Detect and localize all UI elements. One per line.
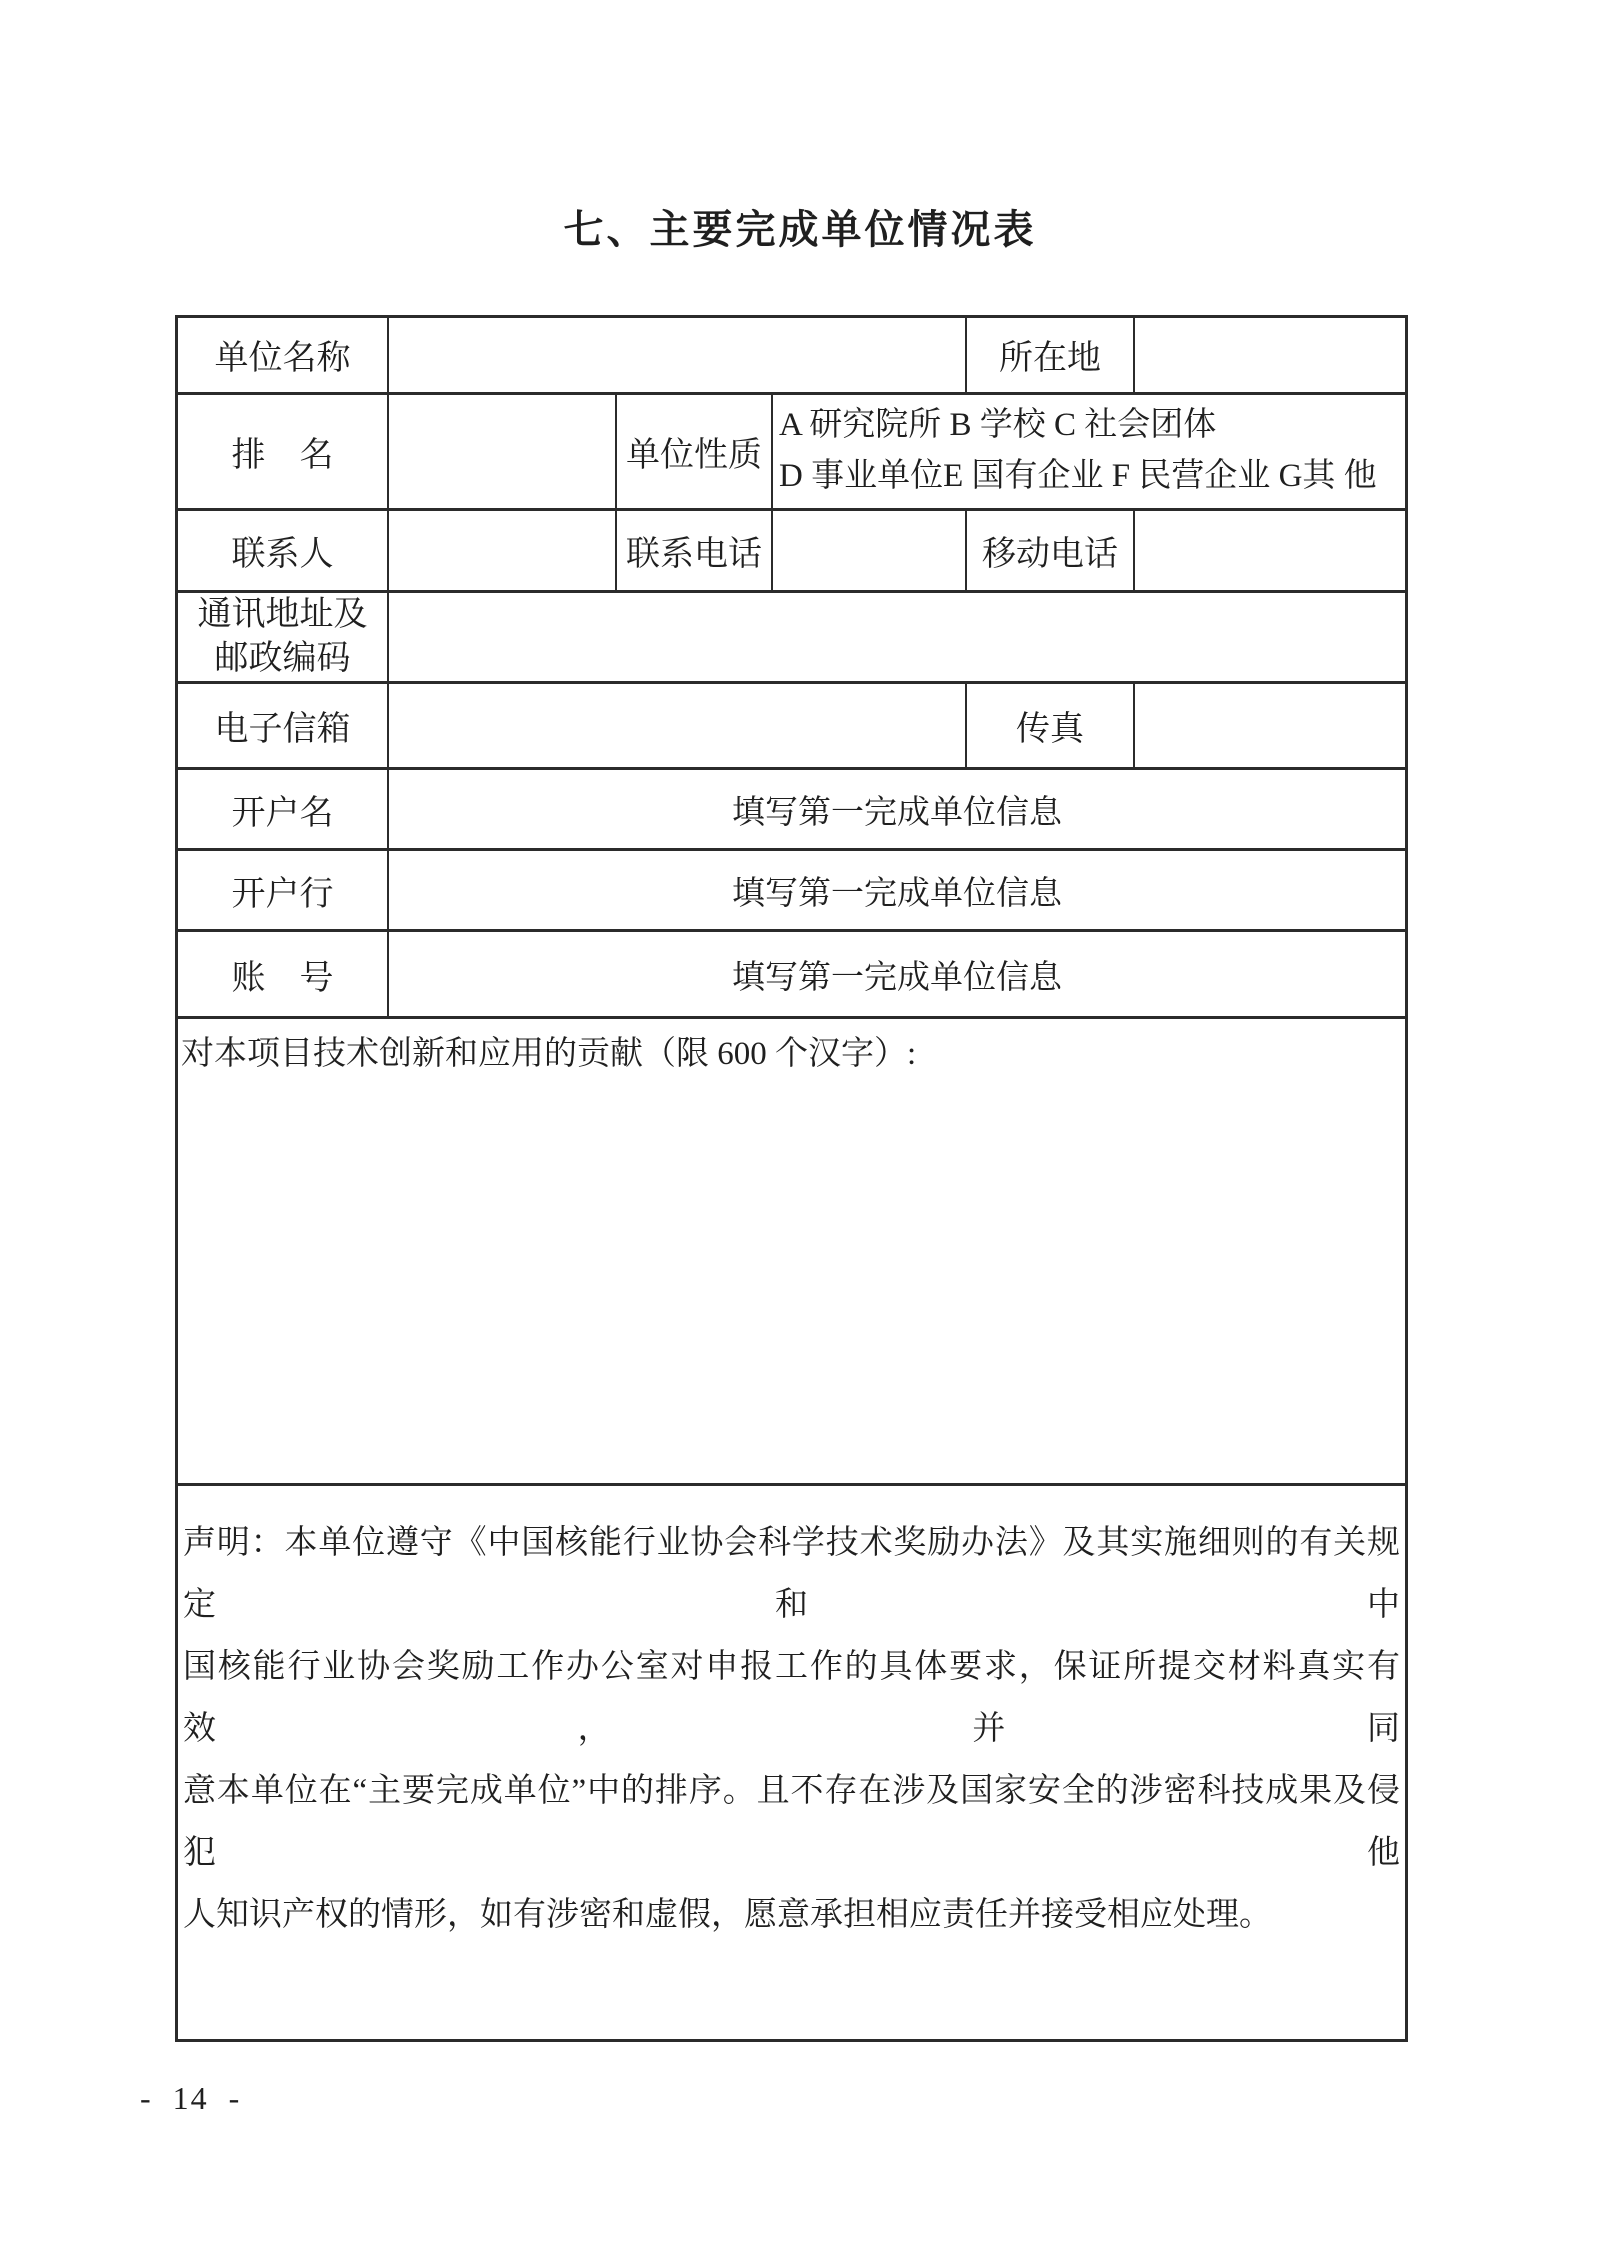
declaration-line: 国核能行业协会奖励工作办公室对申报工作的具体要求，保证所提交材料真实有效，并同 bbox=[183, 1636, 1400, 1760]
declaration-line: 人知识产权的情形，如有涉密和虚假，愿意承担相应责任并接受相应处理。 bbox=[183, 1884, 1400, 1946]
contribution-cell[interactable]: 对本项目技术创新和应用的贡献（限 600 个汉字）: bbox=[178, 1019, 1405, 1483]
address-label: 通讯地址及 邮政编码 bbox=[178, 593, 387, 681]
rank-value-cell[interactable] bbox=[387, 395, 615, 509]
account-name-value-cell[interactable]: 填写第一完成单位信息 bbox=[387, 770, 1405, 847]
unit-type-options-cell: A 研究院所 B 学校 C 社会团体 D 事业单位E 国有企业 F 民营企业 G… bbox=[771, 395, 1405, 509]
unit-type-label: 单位性质 bbox=[615, 395, 771, 509]
rank-label: 排 名 bbox=[178, 395, 387, 509]
contact-label: 联系人 bbox=[178, 511, 387, 589]
declaration-line: 声明：本单位遵守《中国核能行业协会科学技术奖励办法》及其实施细则的有关规定和中 bbox=[183, 1512, 1400, 1636]
declaration-line: 意本单位在“主要完成单位”中的排序。且不存在涉及国家安全的涉密科技成果及侵犯他 bbox=[183, 1760, 1400, 1884]
table-row: 账 号 填写第一完成单位信息 bbox=[178, 929, 1405, 1015]
document-page: 七、主要完成单位情况表 单位名称 所在地 排 名 单位性质 A 研究院所 B 学… bbox=[0, 0, 1600, 2260]
bank-value-cell[interactable]: 填写第一完成单位信息 bbox=[387, 851, 1405, 929]
unit-name-value-cell[interactable] bbox=[387, 318, 965, 392]
contact-value-cell[interactable] bbox=[387, 511, 615, 589]
unit-type-options-line2: D 事业单位E 国有企业 F 民营企业 G其 他 bbox=[779, 451, 1377, 502]
address-value-cell[interactable] bbox=[387, 593, 1405, 681]
fax-label: 传真 bbox=[965, 684, 1133, 767]
table-row: 单位名称 所在地 bbox=[178, 318, 1405, 392]
location-value-cell[interactable] bbox=[1133, 318, 1405, 392]
table-row: 电子信箱 传真 bbox=[178, 681, 1405, 767]
contact-phone-label: 联系电话 bbox=[615, 511, 771, 589]
account-number-label: 账 号 bbox=[178, 932, 387, 1015]
declaration-cell: 声明：本单位遵守《中国核能行业协会科学技术奖励办法》及其实施细则的有关规定和中 … bbox=[178, 1486, 1405, 2039]
account-number-value-cell[interactable]: 填写第一完成单位信息 bbox=[387, 932, 1405, 1015]
fax-value-cell[interactable] bbox=[1133, 684, 1405, 767]
account-name-label: 开户名 bbox=[178, 770, 387, 847]
contact-phone-value-cell[interactable] bbox=[771, 511, 965, 589]
main-unit-info-table: 单位名称 所在地 排 名 单位性质 A 研究院所 B 学校 C 社会团体 D 事… bbox=[175, 315, 1408, 2042]
table-row: 对本项目技术创新和应用的贡献（限 600 个汉字）: bbox=[178, 1016, 1405, 1483]
table-row: 开户行 填写第一完成单位信息 bbox=[178, 848, 1405, 929]
mobile-phone-value-cell[interactable] bbox=[1133, 511, 1405, 589]
mobile-phone-label: 移动电话 bbox=[965, 511, 1133, 589]
table-row: 联系人 联系电话 移动电话 bbox=[178, 508, 1405, 589]
page-number: - 14 - bbox=[140, 2080, 241, 2117]
location-label: 所在地 bbox=[965, 318, 1133, 392]
page-title: 七、主要完成单位情况表 bbox=[0, 198, 1600, 255]
table-row: 通讯地址及 邮政编码 bbox=[178, 590, 1405, 681]
unit-type-options-line1: A 研究院所 B 学校 C 社会团体 bbox=[779, 400, 1216, 451]
bank-label: 开户行 bbox=[178, 851, 387, 929]
unit-name-label: 单位名称 bbox=[178, 318, 387, 392]
email-label: 电子信箱 bbox=[178, 684, 387, 767]
table-row: 开户名 填写第一完成单位信息 bbox=[178, 767, 1405, 847]
table-row: 排 名 单位性质 A 研究院所 B 学校 C 社会团体 D 事业单位E 国有企业… bbox=[178, 392, 1405, 509]
contribution-label: 对本项目技术创新和应用的贡献（限 600 个汉字）: bbox=[181, 1027, 916, 1074]
email-value-cell[interactable] bbox=[387, 684, 965, 767]
table-row: 声明：本单位遵守《中国核能行业协会科学技术奖励办法》及其实施细则的有关规定和中 … bbox=[178, 1483, 1405, 2039]
